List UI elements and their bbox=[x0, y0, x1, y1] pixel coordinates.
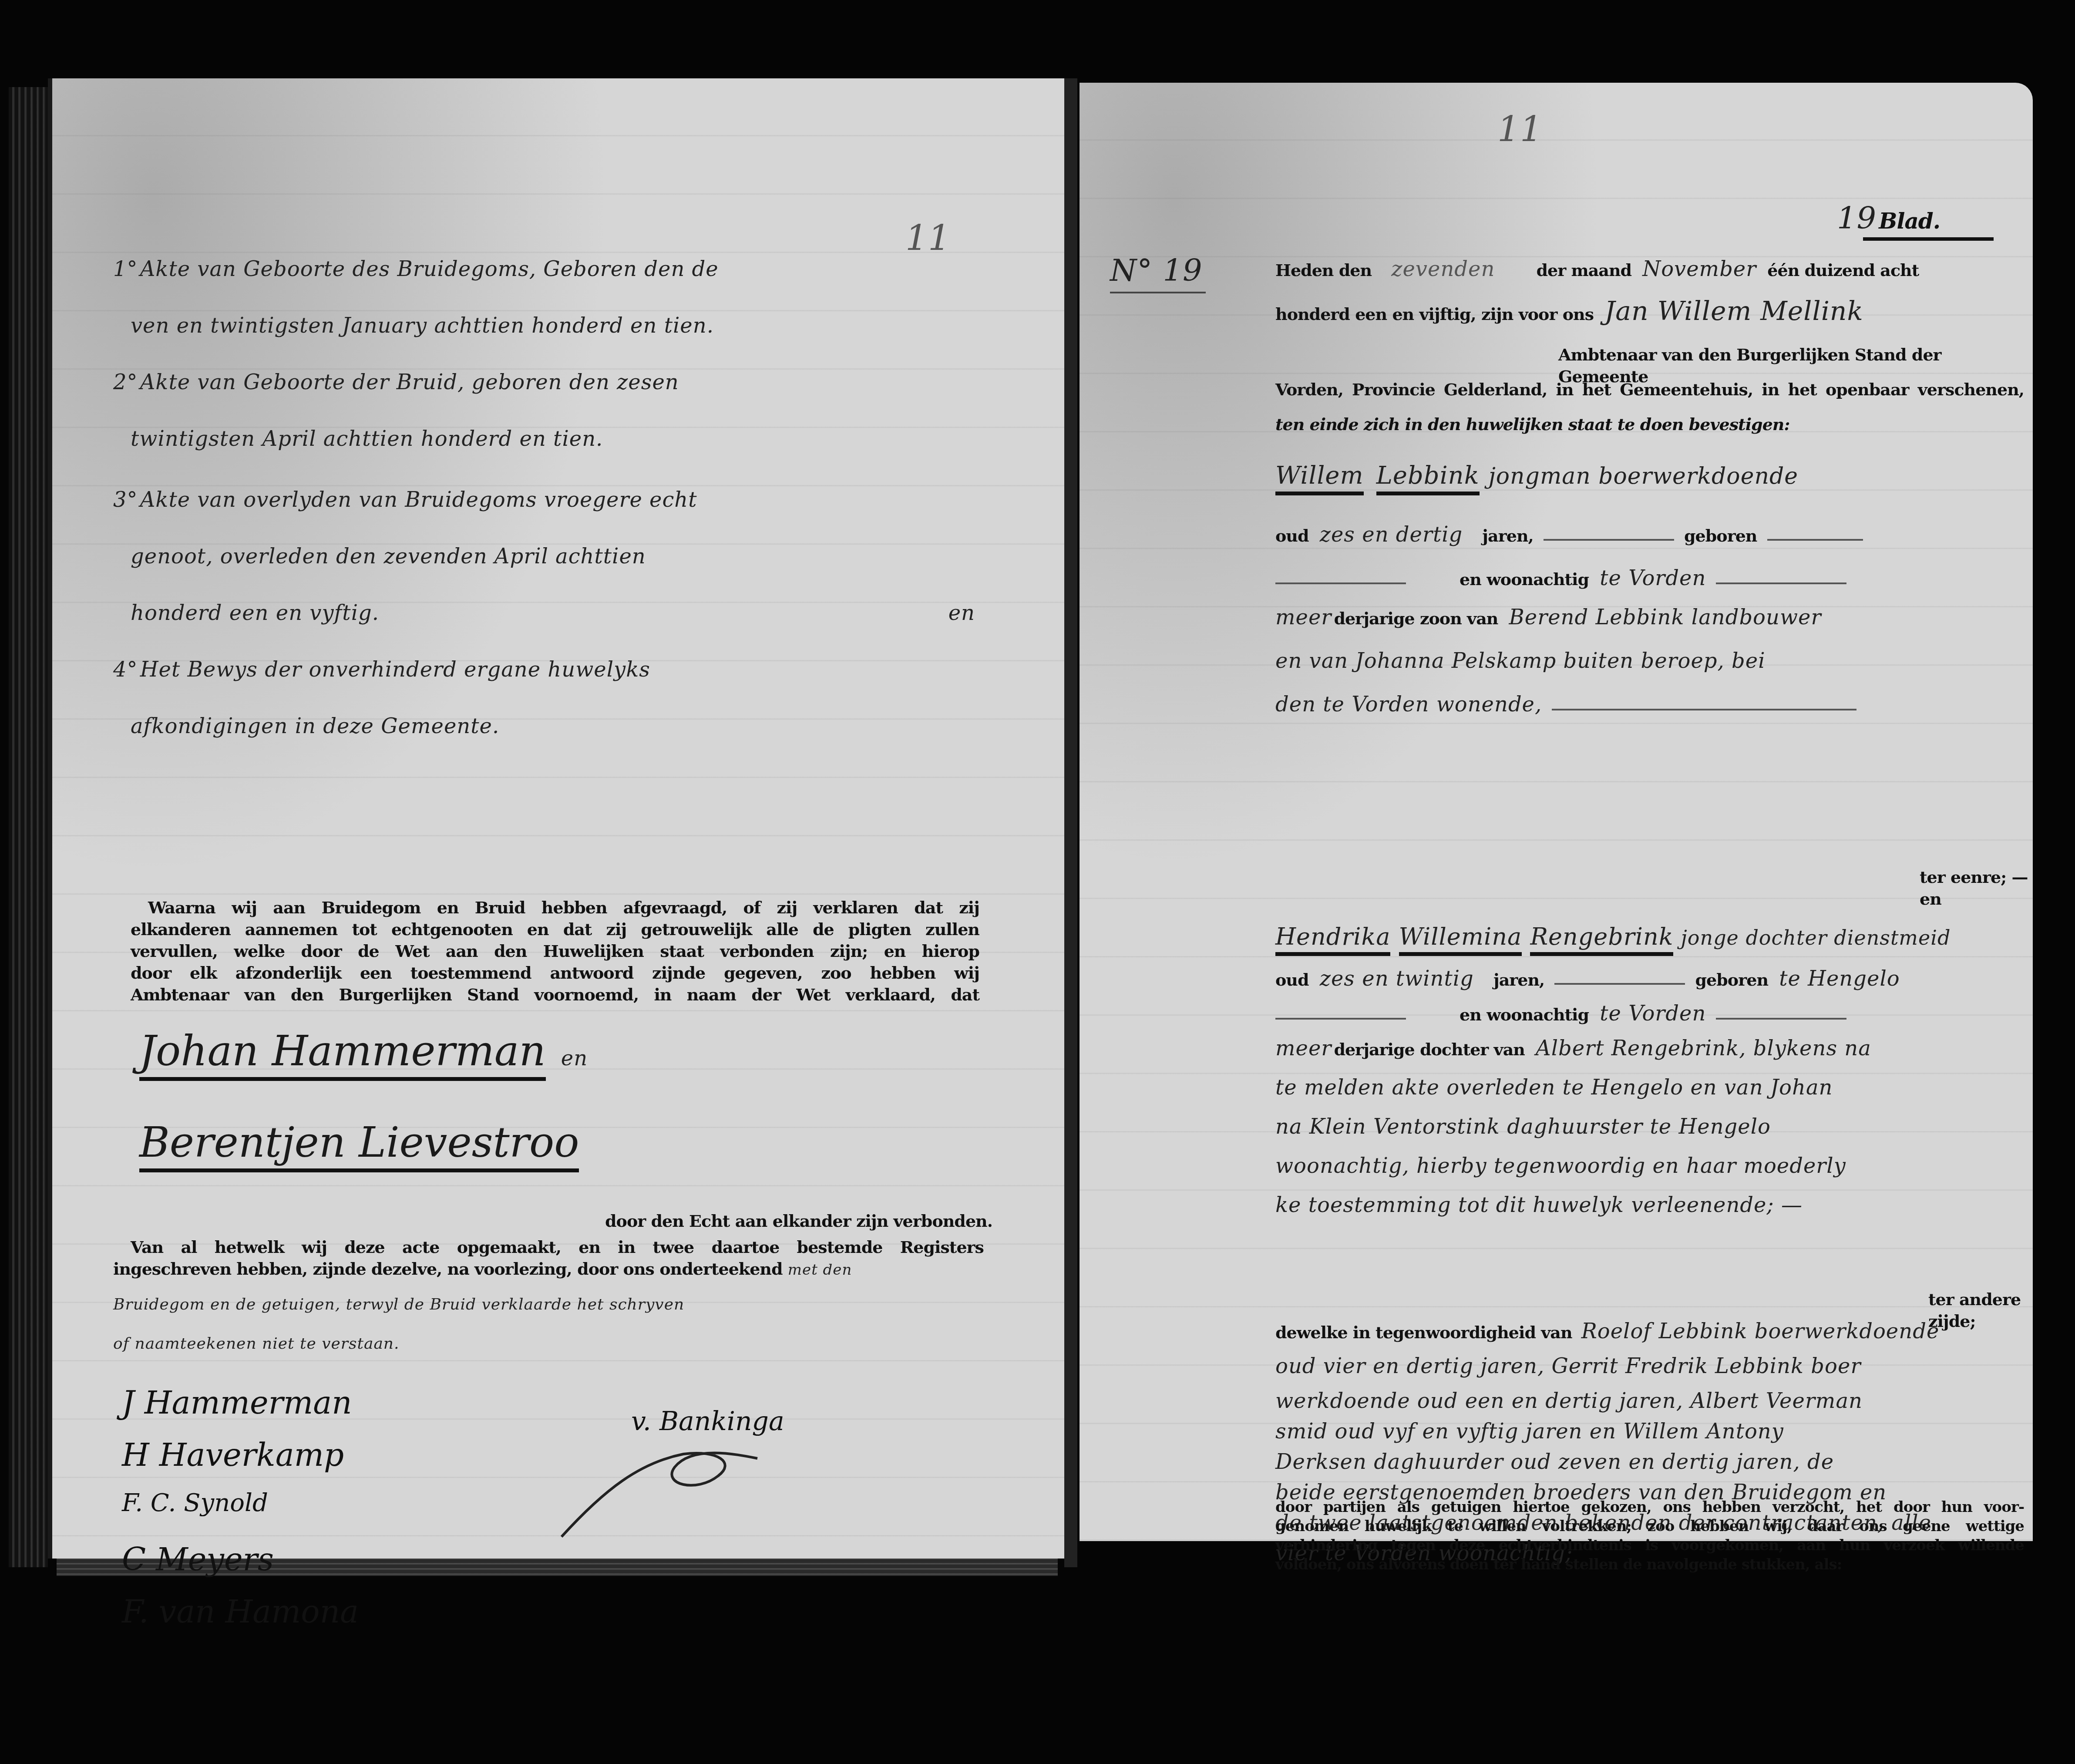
united-line: door den Echt aan elkander zijn verbonde… bbox=[605, 1210, 992, 1232]
bride-description: jonge dochter dienstmeid bbox=[1681, 926, 1951, 949]
documents-list: 1° Akte van Geboorte des Bruidegoms, Geb… bbox=[113, 257, 1027, 771]
signature-witness-2: F. C. Synold bbox=[122, 1489, 359, 1541]
document-item-1: 1° Akte van Geboorte des Bruidegoms, Geb… bbox=[113, 257, 1027, 313]
declaration-paragraph: Waarna wij aan Bruidegom en Bruid hebben… bbox=[131, 897, 979, 1006]
signature-groom: J Hammerman bbox=[122, 1384, 359, 1437]
witness-1: Roelof Lebbink boerwerkdoende bbox=[1581, 1319, 1940, 1343]
right-page: 11 19 Blad. N° 19 Heden den zevenden der… bbox=[1080, 83, 2033, 1541]
folio-label: Blad. bbox=[1879, 208, 1940, 234]
signature-witness-4: F. van Hamona bbox=[122, 1593, 359, 1646]
signature-witness-3: C Meyers bbox=[122, 1541, 359, 1593]
groom-surname: Lebbink bbox=[1376, 461, 1480, 495]
official-name: Jan Willem Mellink bbox=[1604, 296, 1863, 327]
groom-first-name: Willem bbox=[1275, 461, 1364, 495]
signature-official: v. Bankinga bbox=[631, 1406, 784, 1437]
folio-header: 19 Blad. bbox=[1837, 200, 2020, 236]
groom-residence: te Vorden bbox=[1600, 566, 1706, 590]
closing-paragraph: Van al hetwelk wij deze acte opgemaakt, … bbox=[113, 1236, 984, 1355]
bride-line: Hendrika Willemina Rengebrink jonge doch… bbox=[1275, 923, 1951, 950]
intro-block: Heden den zevenden der maand November éé… bbox=[1275, 257, 2024, 292]
folio-rule bbox=[1863, 237, 1994, 241]
day-value: zevenden bbox=[1391, 257, 1495, 281]
document-item-2: 2° Akte van Geboorte der Bruid, geboren … bbox=[113, 370, 1027, 427]
groom-father: Berend Lebbink landbouwer bbox=[1509, 605, 1822, 630]
document-item-3: 3° Akte van overlyden van Bruidegoms vro… bbox=[113, 488, 1027, 544]
groom-line: Willem Lebbink jongman boerwerkdoende bbox=[1275, 461, 1798, 490]
groom-age: zes en dertig bbox=[1320, 522, 1463, 547]
margin-mark-right: 11 bbox=[1497, 109, 1543, 149]
groom-name: Johan Hammerman bbox=[139, 1027, 546, 1081]
bride-residence: te Vorden bbox=[1600, 1001, 1706, 1026]
bride-age: zes en twintig bbox=[1320, 966, 1474, 991]
bride-name: Berentjen Lievestroo bbox=[139, 1119, 579, 1172]
right-closing-paragraph: door partijen als getuigen hiertoe gekoz… bbox=[1275, 1498, 2024, 1574]
bride-name-line: Berentjen Lievestroo bbox=[139, 1119, 579, 1167]
signature-flourish-icon bbox=[553, 1437, 770, 1545]
signature-witness-1: H Haverkamp bbox=[122, 1437, 359, 1489]
margin-mark: 11 bbox=[905, 218, 951, 258]
signatures: J Hammerman H Haverkamp F. C. Synold C M… bbox=[122, 1384, 359, 1646]
document-item-4: 4° Het Bewys der onverhinderd ergane huw… bbox=[113, 657, 1027, 714]
bride-middle-name: Willemina bbox=[1399, 923, 1522, 956]
bride-birthplace: te Hengelo bbox=[1779, 966, 1900, 991]
groom-mother: en van Johanna Pelskamp buiten beroep, b… bbox=[1275, 649, 1766, 673]
book-page-edges-left bbox=[9, 87, 48, 1567]
witnesses-block: dewelke in tegenwoordigheid van Roelof L… bbox=[1275, 1319, 1939, 1343]
bride-father: Albert Rengebrink, blykens na bbox=[1536, 1036, 1871, 1060]
left-page: 11 1° Akte van Geboorte des Bruidegoms, … bbox=[48, 78, 1069, 1559]
groom-name-line: Johan Hammerman en bbox=[139, 1027, 588, 1075]
record-number: N° 19 bbox=[1110, 252, 1203, 288]
bride-surname: Rengebrink bbox=[1530, 923, 1673, 956]
book-spine bbox=[1064, 78, 1077, 1567]
month-value: November bbox=[1642, 257, 1756, 281]
folio-number: 19 bbox=[1837, 200, 1877, 236]
bride-first-name: Hendrika bbox=[1275, 923, 1390, 956]
groom-description: jongman boerwerkdoende bbox=[1489, 463, 1798, 489]
